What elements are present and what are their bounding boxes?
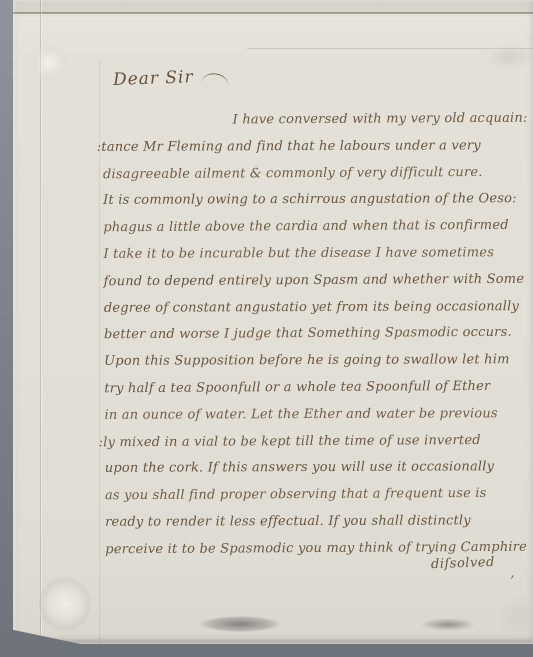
manuscript-page: Dear Sir I have conversed with my very o…	[13, 0, 533, 644]
ink-smudge-bottom-1	[201, 616, 279, 632]
letter-line: Upon this Supposition before he is going…	[104, 352, 522, 380]
scan-backdrop: Dear Sir I have conversed with my very o…	[0, 0, 533, 657]
letter-line: ready to render it less effectual. If yo…	[105, 513, 523, 541]
letter-line: upon the cork. If this answers you will …	[105, 460, 523, 488]
letter-line: as you shall find proper observing that …	[105, 486, 523, 515]
seal-impression-bottom-left	[39, 576, 91, 632]
salutation-flourish	[200, 72, 229, 88]
letter-line: I take it to be incurable but the diseas…	[103, 245, 521, 273]
letter-line: found to depend entirely upon Spasm and …	[104, 272, 522, 301]
stain-bottom-right	[499, 596, 533, 638]
letter-line: disagreeable ailment & commonly of very …	[103, 164, 521, 193]
letter-line: in an ounce of water. Let the Ether and …	[104, 406, 522, 434]
letter-line: :tance Mr Fleming and find that he labou…	[97, 138, 521, 166]
stain-top-left	[31, 45, 67, 81]
ink-mark: ’	[510, 574, 514, 589]
paper-fold-vertical	[40, 0, 41, 644]
ink-smudge-bottom-2	[421, 618, 475, 631]
letter-line: I have conversed with my very old acquai…	[103, 111, 521, 140]
letter-line: :ly mixed in a vial to be kept till the …	[99, 432, 523, 461]
letter-line: better and worse I judge that Something …	[104, 325, 522, 354]
letter-line: try half a tea Spoonfull or a whole tea …	[104, 379, 522, 408]
letter-line: degree of constant angustatio yet from i…	[104, 299, 522, 327]
catchword: diſsolved	[431, 555, 495, 572]
letter-salutation: Dear Sir	[113, 66, 230, 90]
paper-crease-top	[13, 12, 533, 14]
letter-line: It is commonly owing to a schirrous angu…	[103, 192, 521, 220]
salutation-text: Dear Sir	[113, 67, 194, 90]
stain-right	[485, 44, 533, 70]
letter-body: I have conversed with my very old acquai…	[103, 111, 524, 569]
letter-line: phagus a little above the cardia and whe…	[103, 218, 521, 247]
